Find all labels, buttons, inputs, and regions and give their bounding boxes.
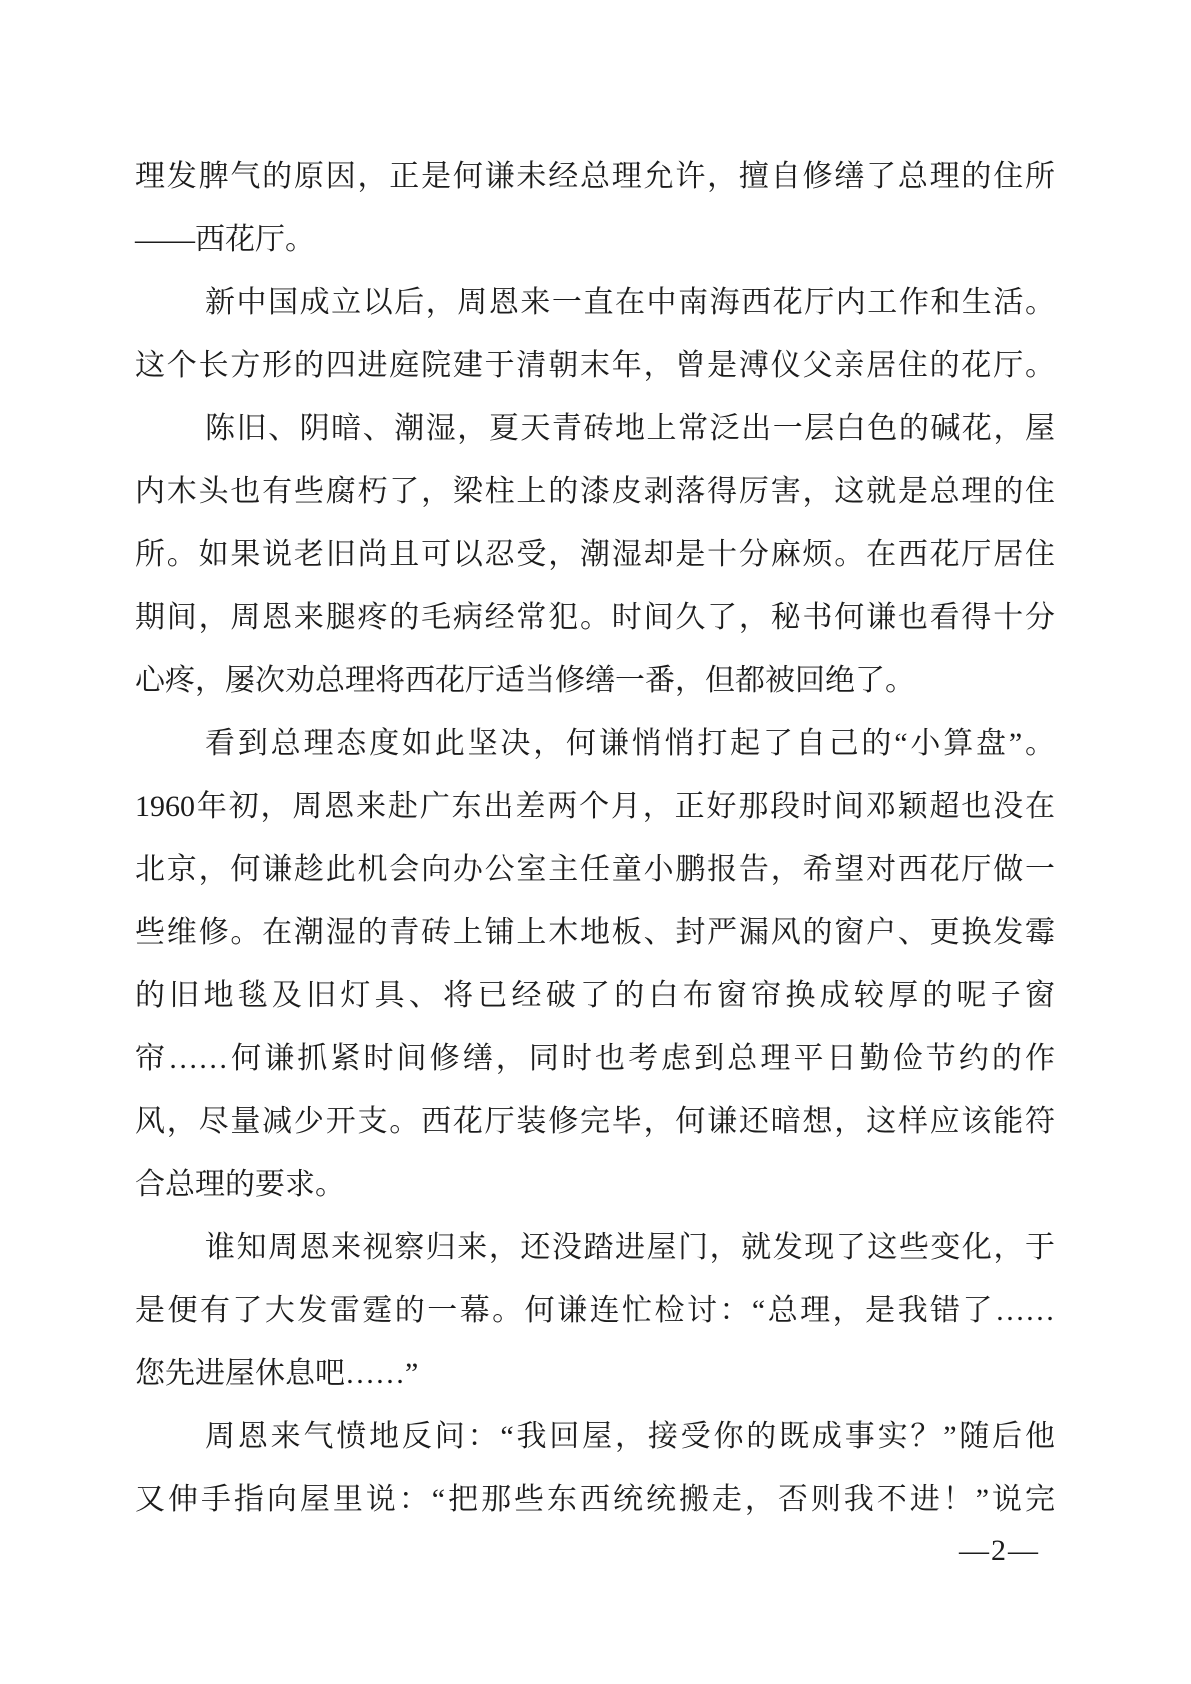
text-line: 理发脾气的原因，正是何谦未经总理允许，擅自修缮了总理的住所: [135, 145, 1055, 208]
text-line: 看到总理态度如此坚决，何谦悄悄打起了自己的“小算盘”。: [135, 712, 1055, 775]
text-line: 风，尽量减少开支。西花厅装修完毕，何谦还暗想，这样应该能符: [135, 1090, 1055, 1153]
text-line: 是便有了大发雷霆的一幕。何谦连忙检讨：“总理，是我错了……: [135, 1279, 1055, 1342]
text-line: 合总理的要求。: [135, 1153, 1055, 1216]
text-line: 周恩来气愤地反问：“我回屋，接受你的既成事实？”随后他: [135, 1405, 1055, 1468]
text-line: 心疼，屡次劝总理将西花厅适当修缮一番，但都被回绝了。: [135, 649, 1055, 712]
document-body: 理发脾气的原因，正是何谦未经总理允许，擅自修缮了总理的住所 ——西花厅。 新中国…: [135, 145, 1055, 1571]
text-line: 谁知周恩来视察归来，还没踏进屋门，就发现了这些变化，于: [135, 1216, 1055, 1279]
text-line: 所。如果说老旧尚且可以忍受，潮湿却是十分麻烦。在西花厅居住: [135, 523, 1055, 586]
text-line: 1960年初，周恩来赴广东出差两个月，正好那段时间邓颖超也没在: [135, 775, 1055, 838]
text-line: 北京，何谦趁此机会向办公室主任童小鹏报告，希望对西花厅做一: [135, 838, 1055, 901]
text-line: 内木头也有些腐朽了，梁柱上的漆皮剥落得厉害，这就是总理的住: [135, 460, 1055, 523]
text-line: 陈旧、阴暗、潮湿，夏天青砖地上常泛出一层白色的碱花，屋: [135, 397, 1055, 460]
text-line: 新中国成立以后，周恩来一直在中南海西花厅内工作和生活。: [135, 271, 1055, 334]
text-line: 又伸手指向屋里说：“把那些东西统统搬走，否则我不进！”说完: [135, 1468, 1055, 1531]
page-number: —2—: [135, 1531, 1055, 1571]
text-line: 的旧地毯及旧灯具、将已经破了的白布窗帘换成较厚的呢子窗: [135, 964, 1055, 1027]
document-page: 理发脾气的原因，正是何谦未经总理允许，擅自修缮了总理的住所 ——西花厅。 新中国…: [0, 0, 1191, 1684]
text-line: 期间，周恩来腿疼的毛病经常犯。时间久了，秘书何谦也看得十分: [135, 586, 1055, 649]
text-line: 帘……何谦抓紧时间修缮，同时也考虑到总理平日勤俭节约的作: [135, 1027, 1055, 1090]
text-line: 些维修。在潮湿的青砖上铺上木地板、封严漏风的窗户、更换发霉: [135, 901, 1055, 964]
text-line: ——西花厅。: [135, 208, 1055, 271]
text-line: 这个长方形的四进庭院建于清朝末年，曾是溥仪父亲居住的花厅。: [135, 334, 1055, 397]
text-line: 您先进屋休息吧……”: [135, 1342, 1055, 1405]
